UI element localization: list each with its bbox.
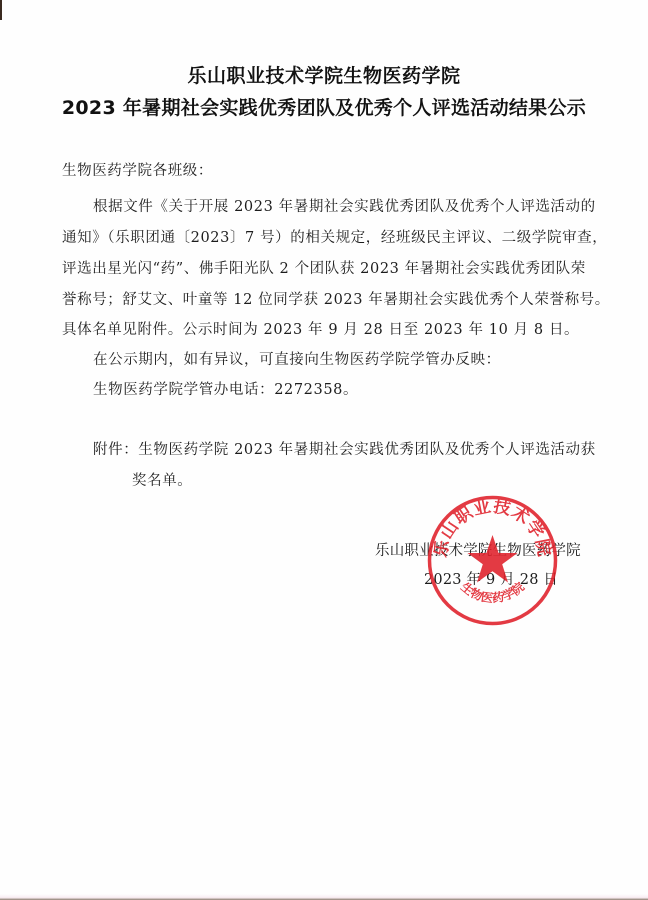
body-paragraph-1-line-3: 评选出星光闪“药”、佛手阳光队 2 个团队获 2023 年暑期社会实践优秀团队荣 (62, 259, 586, 279)
body-paragraph-1-line-4: 誉称号；舒艾文、叶童等 12 位同学获 2023 年暑期社会实践优秀个人荣誉称号… (62, 290, 610, 310)
attachment-line-2: 奖名单。 (132, 471, 192, 491)
scan-edge (0, 894, 648, 900)
attachment-line-1: 附件：生物医药学院 2023 年暑期社会实践优秀团队及优秀个人评选活动获 (93, 440, 596, 460)
document-page: 乐山职业技术学院生物医药学院 2023 年暑期社会实践优秀团队及优秀个人评选活动… (0, 0, 648, 900)
body-paragraph-objection: 在公示期内，如有异议，可直接向生物医药学院学管办反映： (93, 350, 501, 370)
salutation: 生物医药学院各班级： (62, 161, 213, 181)
document-title-institution: 乐山职业技术学院生物医药学院 (0, 61, 648, 88)
body-paragraph-1-line-5: 具体名单见附件。公示时间为 2023 年 9 月 28 日至 2023 年 10… (62, 320, 579, 340)
signature-date: 2023 年 9 月 28 日 (424, 570, 558, 590)
signature-organization: 乐山职业技术学院生物医药学院 (375, 541, 581, 561)
scan-edge (0, 0, 2, 20)
body-paragraph-phone: 生物医药学院学管办电话：2272358。 (93, 380, 358, 400)
body-paragraph-1-line-2: 通知》（乐职团通〔2023〕7 号）的相关规定，经班级民主评议、二级学院审查， (62, 228, 607, 248)
body-paragraph-1-line-1: 根据文件《关于开展 2023 年暑期社会实践优秀团队及优秀个人评选活动的 (93, 197, 596, 217)
document-title-subject: 2023 年暑期社会实践优秀团队及优秀个人评选活动结果公示 (0, 93, 648, 120)
